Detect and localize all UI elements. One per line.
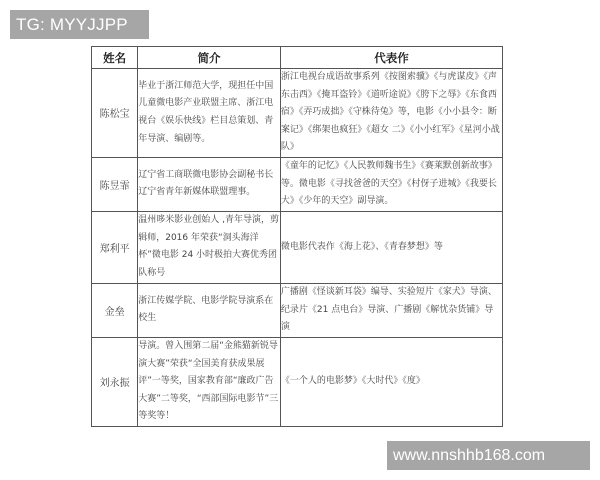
cell-works: 《一个人的电影梦》《大时代》《度》 (280, 337, 502, 426)
header-intro: 简介 (138, 47, 281, 69)
cell-intro: 毕业于浙江师范大学，现担任中国儿童微电影产业联盟主席、浙江电视台《娱乐快线》栏目… (138, 69, 281, 158)
cell-works: 微电影代表作《海上花》、《青春梦想》等 (280, 211, 502, 283)
director-roster-table: 姓名 简介 代表作 陈松宝 毕业于浙江师范大学，现担任中国儿童微电影产业联盟主席… (91, 46, 503, 427)
cell-name: 陈昱霏 (92, 157, 138, 211)
table-row: 郑利平 温州哆米影业创始人 ,青年导演，剪辑师，2016 年荣获“洞头海洋杯”微… (92, 211, 503, 283)
cell-name: 金垒 (92, 283, 138, 337)
cell-name: 陈松宝 (92, 69, 138, 158)
header-works: 代表作 (280, 47, 502, 69)
cell-intro: 温州哆米影业创始人 ,青年导演，剪辑师，2016 年荣获“洞头海洋杯”微电影 2… (138, 211, 281, 283)
cell-name: 郑利平 (92, 211, 138, 283)
cell-works: 浙江电视台成语故事系列《按图索骥》《与虎谋皮》《声东击西》《掩耳盗铃》《道听途说… (280, 69, 502, 158)
watermark-bottom: www.nnshhb168.com (387, 441, 590, 470)
cell-works: 广播剧《怪谈新耳袋》编导、实验短片《家犬》导演、纪录片《21 点电台》导演、广播… (280, 283, 502, 337)
watermark-top: TG: MYYJJPP (10, 10, 149, 39)
table-row: 陈松宝 毕业于浙江师范大学，现担任中国儿童微电影产业联盟主席、浙江电视台《娱乐快… (92, 69, 503, 158)
cell-intro: 浙江传媒学院、电影学院导演系在校生 (138, 283, 281, 337)
table-row: 陈昱霏 辽宁省工商联微电影协会副秘书长 辽宁省青年新媒体联盟理事。 《童年的记忆… (92, 157, 503, 211)
header-name: 姓名 (92, 47, 138, 69)
cell-name: 刘永振 (92, 337, 138, 426)
table-header-row: 姓名 简介 代表作 (92, 47, 503, 69)
table-row: 金垒 浙江传媒学院、电影学院导演系在校生 广播剧《怪谈新耳袋》编导、实验短片《家… (92, 283, 503, 337)
cell-intro: 导演。曾入围第二届“金熊猫新锐导演大赛”荣获“全国美育获成果展评”一等奖，国家教… (138, 337, 281, 426)
cell-works: 《童年的记忆》《人民教师魏书生》《赛莱默创新故事》等。微电影《寻找爸爸的天空》《… (280, 157, 502, 211)
cell-intro: 辽宁省工商联微电影协会副秘书长 辽宁省青年新媒体联盟理事。 (138, 157, 281, 211)
table-row: 刘永振 导演。曾入围第二届“金熊猫新锐导演大赛”荣获“全国美育获成果展评”一等奖… (92, 337, 503, 426)
